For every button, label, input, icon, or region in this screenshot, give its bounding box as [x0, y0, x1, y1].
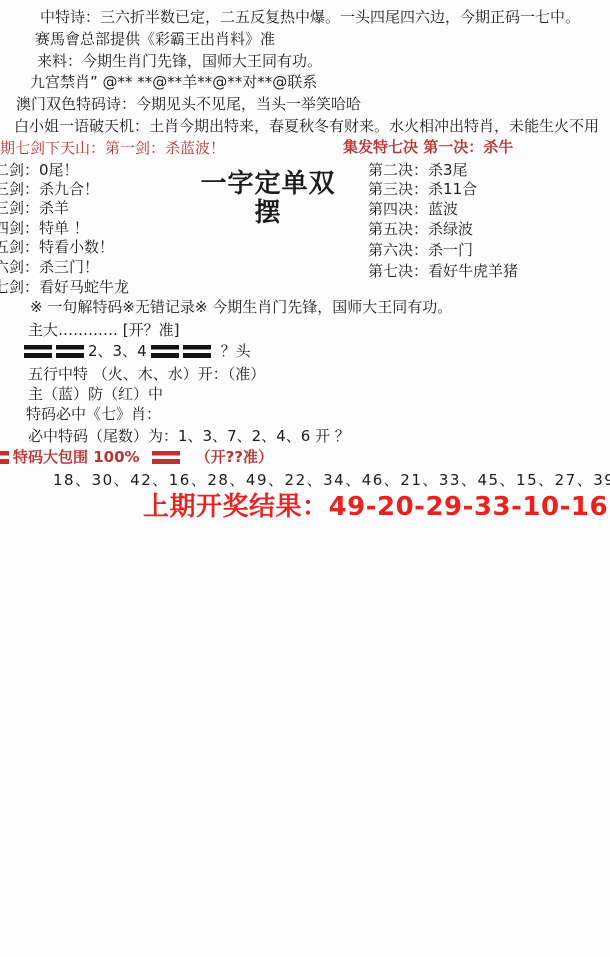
redacted-bar: [183, 345, 211, 358]
zhulan-line: 主（蓝）防（红）中: [28, 384, 163, 404]
baixiaojie-line: 白小姐一语破天机：土肖今期出特来，春夏秋冬有财来。水火相冲出特肖，未能生火不用: [14, 116, 599, 136]
zhongte-poem-line: 中特诗：三六折半数已定，二五反复热中爆。一头四尾四六边，今期正码一七中。: [40, 7, 580, 27]
redacted-bar-red: [152, 451, 180, 464]
lottery-tip-sheet: { "colors": { "accent_red": "#b53434", "…: [0, 0, 610, 957]
tactic-item: 第四决：蓝波: [368, 199, 458, 219]
baowei-open-note: （开??准）: [196, 447, 273, 467]
redacted-bar: [56, 345, 84, 358]
center-banner: 一字定单双 摆: [198, 170, 338, 228]
solve-tema-line: ※ 一句解特码※无错记录※ 今期生肖门先锋，国师大王同有功。: [30, 297, 452, 317]
sword-item: 三剑：杀羊: [0, 198, 69, 218]
jockey-club-line: 赛馬會总部提供《彩霸王出肖料》准: [35, 29, 275, 49]
tactics-header: 集发特七决 第一决：杀牛: [343, 137, 513, 157]
baowei-label: 特码大包围 100%: [13, 447, 140, 467]
center-banner-line2: 摆: [198, 199, 338, 228]
jiugong-line: 九宫禁肖” @** **@**羊**@**对**@联系: [30, 72, 317, 92]
redacted-bar-red: [0, 451, 9, 464]
macau-poem-line: 澳门双色特码诗：今期见头不见尾，当头一举笑哈哈: [16, 94, 361, 114]
tactic-item: 第三决：杀11合: [368, 179, 477, 199]
tactic-item: 第七决：看好牛虎羊猪: [368, 261, 518, 281]
previous-result-line: 上期开奖结果：49-20-29-33-10-16+26: [143, 486, 610, 523]
tactic-item: 第五决：杀绿波: [368, 219, 473, 239]
bizhong-xiao-line: 特码必中《七》肖：: [26, 404, 161, 424]
sword-item: 三剑：杀九合！: [0, 179, 99, 199]
redacted-head-line: 2、3、4？头: [24, 341, 251, 361]
redacted-line-suffix: ？头: [221, 341, 251, 361]
redacted-bar: [24, 345, 52, 358]
sword-item: 六剑：杀三门！: [0, 257, 99, 277]
sword-item: 七剑：看好马蛇牛龙: [0, 277, 129, 297]
bizhong-wei-line: 必中特码（尾数）为：1、3、7、2、4、6 开 ？: [28, 426, 350, 446]
center-banner-line1: 一字定单双: [198, 170, 338, 199]
sword-item: 四剑：特单 ！: [0, 218, 89, 238]
redacted-line-numbers: 2、3、4: [88, 341, 147, 361]
zhuda-line: 主大………… [开？准]: [28, 320, 179, 340]
swords-header: 期七剑下天山：第一剑：杀蓝波！: [0, 138, 225, 158]
lailiao-line: 来料：今期生肖门先锋，国师大王同有功。: [37, 51, 322, 71]
redacted-bar: [151, 345, 179, 358]
tactic-item: 第二决：杀3尾: [368, 160, 468, 180]
sword-item: 二剑：0尾！: [0, 160, 79, 180]
sword-item: 五剑：特看小数！: [0, 237, 114, 257]
baowei-line: 特码大包围 100%（开??准）: [0, 447, 273, 467]
wuxing-line: 五行中特 （火、木、水）开：（准）: [28, 364, 265, 384]
tactic-item: 第六决：杀一门: [368, 240, 473, 260]
previous-result-numbers: 49-20-29-33-10-16+26: [329, 492, 610, 522]
previous-result-label: 上期开奖结果：: [143, 492, 329, 522]
